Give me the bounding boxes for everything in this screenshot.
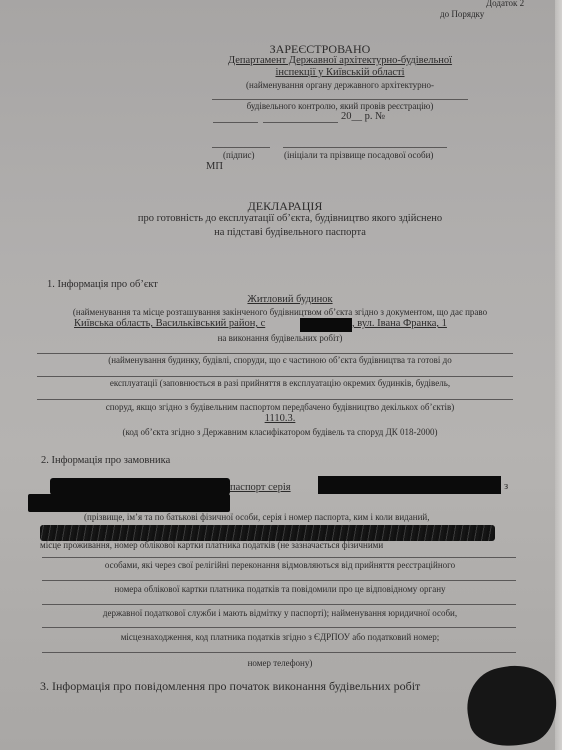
object-code: 1110.3.: [230, 413, 330, 424]
signature-line: [212, 147, 270, 148]
section2-caption4: номера облікової картки платника податкі…: [40, 584, 520, 594]
customer-line4: [42, 627, 516, 628]
redacted-customer-name: [50, 478, 230, 495]
redacted-residence: [40, 525, 495, 541]
section2-caption5: державної податкової служби і мають відм…: [40, 608, 520, 618]
section1-caption1: (найменування та місце розташування закі…: [30, 307, 530, 317]
section2-caption2: місце проживання, номер облікової картки…: [40, 540, 383, 550]
redacted-passport-number: [318, 476, 501, 494]
building-line1: [37, 353, 513, 354]
registration-authority-line2: інспекції у Київській області: [200, 67, 480, 78]
section1-caption3: (найменування будинку, будівлі, споруди,…: [30, 355, 530, 365]
date-month-line: [263, 122, 338, 123]
building-line2: [37, 376, 513, 377]
section1-caption5: споруд, якщо згідно з будівельним паспор…: [30, 402, 530, 412]
section2-caption1: (прізвище, ім’я та по батькові фізичної …: [84, 512, 429, 522]
customer-line2: [42, 580, 516, 581]
official-caption: (ініціали та прізвище посадової особи): [284, 150, 433, 160]
section3-heading: 3. Інформація про повідомлення про почат…: [40, 679, 420, 694]
section2-caption7: номер телефону): [40, 658, 520, 668]
section1-heading: 1. Інформація про об’єкт: [47, 279, 158, 290]
object-name: Житловий будинок: [200, 294, 380, 305]
redacted-stamp: [460, 658, 562, 750]
passport-suffix: з: [504, 481, 508, 492]
registration-date: 20__ р. №: [341, 111, 385, 122]
customer-line1: [42, 557, 516, 558]
building-line3: [37, 399, 513, 400]
section2-heading: 2. Інформація про замовника: [41, 455, 170, 466]
customer-line3: [42, 604, 516, 605]
object-address-part2: , вул. Івана Франка, 1: [352, 318, 447, 329]
redacted-village: [300, 318, 352, 332]
section1-caption6: (код об’єкта згідно з Державним класифік…: [30, 427, 530, 437]
section1-caption4: експлуатації (заповнюється в разі прийня…: [30, 378, 530, 388]
paper-edge: [555, 0, 562, 750]
declaration-subtitle2: на підставі будівельного паспорта: [60, 227, 520, 238]
customer-line5: [42, 652, 516, 653]
redacted-passport-issuer: [28, 494, 230, 512]
registration-caption2: будівельного контролю, який провів реєст…: [200, 101, 480, 111]
object-address-part1: Київська область, Васильківський район, …: [74, 318, 265, 329]
declaration-subtitle1: про готовність до експлуатації об’єкта, …: [60, 213, 520, 224]
passport-label: паспорт серія: [230, 482, 291, 493]
appendix-line1: Додаток 2: [486, 0, 524, 8]
official-name-line: [283, 147, 447, 148]
declaration-title: ДЕКЛАРАЦІЯ: [160, 199, 410, 214]
registration-authority-line1: Департамент Державної архітектурно-будів…: [200, 55, 480, 66]
appendix-line2: до Порядку: [440, 9, 484, 19]
section2-caption6: місцезнаходження, код платника податків …: [40, 632, 520, 642]
signature-caption: (підпис): [223, 150, 255, 160]
registration-line: [212, 99, 468, 100]
section2-caption3: особами, які через свої релігійні переко…: [40, 560, 520, 570]
document-page: Додаток 2 до Порядку ЗАРЕЄСТРОВАНО Депар…: [0, 0, 562, 750]
date-day-line: [213, 122, 258, 123]
section1-caption2: на виконання будівельних робіт): [30, 333, 530, 343]
seal-label: МП: [206, 161, 223, 172]
registration-caption1: (найменування органу державного архітект…: [200, 80, 480, 90]
